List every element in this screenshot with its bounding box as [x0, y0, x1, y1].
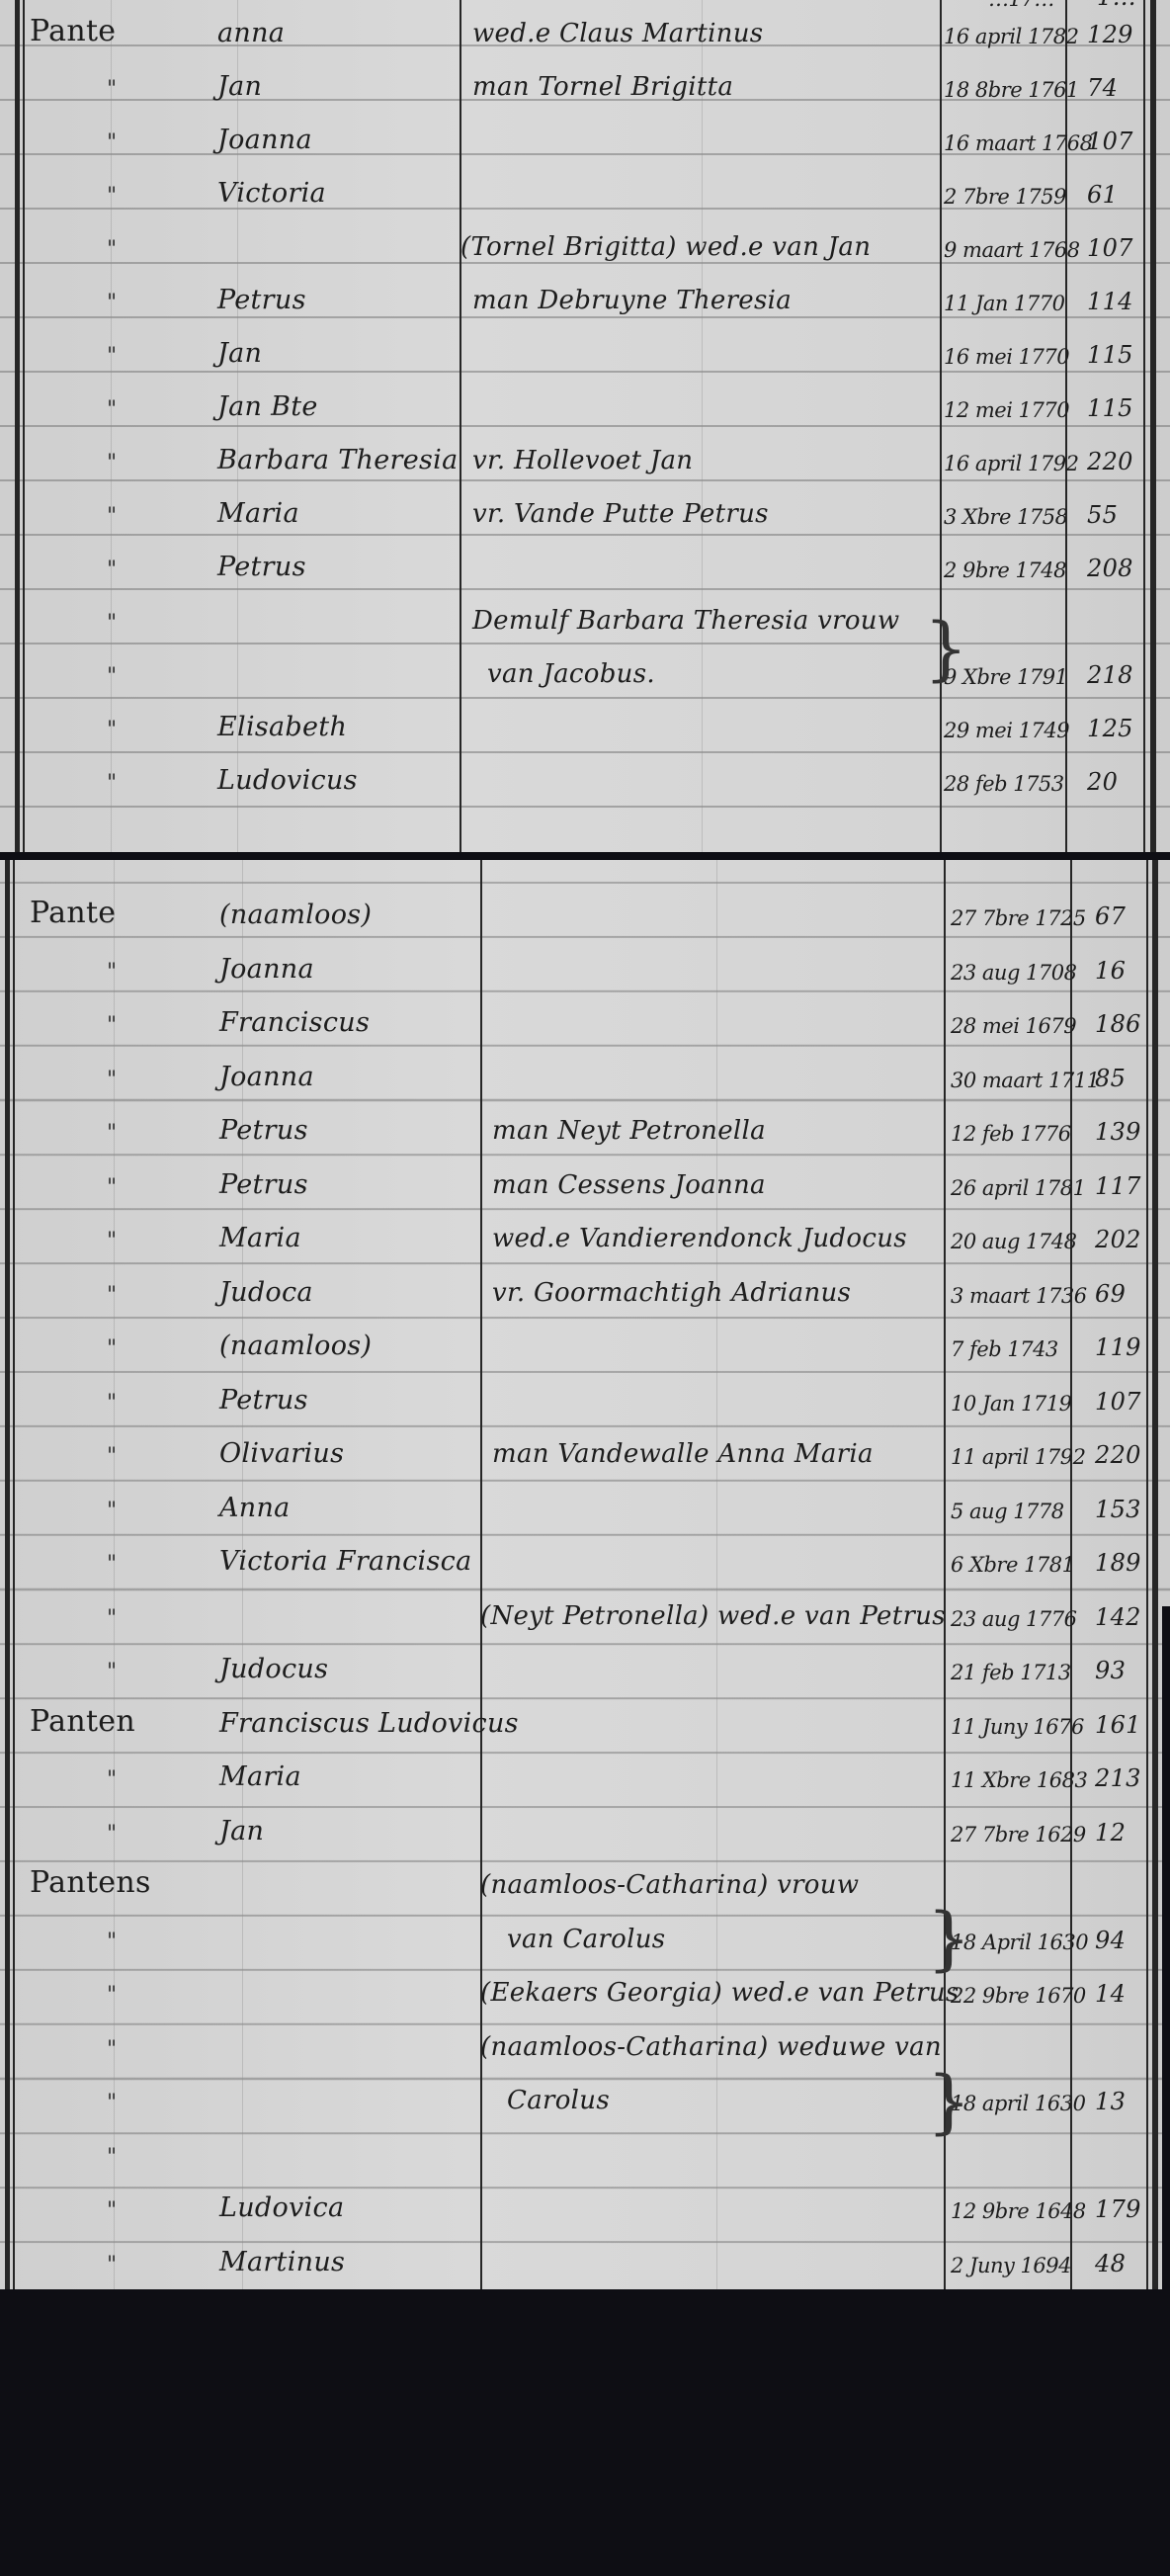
ditto-mark: ": [107, 344, 117, 369]
ditto-mark: ": [107, 771, 117, 796]
table-row: " Judocus 21 feb 1713 93: [0, 1636, 1170, 1690]
remark-cell: (Tornel Brigitta) wed.e van Jan: [460, 232, 871, 262]
number-cell: 213: [1095, 1764, 1141, 1792]
given-name-cell: Ludovica: [219, 2192, 344, 2223]
date-cell: 16 april 1792: [944, 452, 1078, 475]
date-cell: 3 maart 1736: [951, 1284, 1087, 1308]
ditto-mark: ": [107, 1552, 117, 1577]
ditto-mark: ": [107, 1175, 117, 1200]
scan-edge-shadow: [1162, 1606, 1170, 2289]
number-cell: 119: [1095, 1333, 1141, 1361]
number-cell: 220: [1095, 1441, 1141, 1469]
table-row: Pantens (naamloos-Catharina) vrouw: [0, 1851, 1170, 1906]
number-cell: 61: [1087, 181, 1118, 209]
date-cell: 2 Juny 1694: [951, 2254, 1071, 2277]
remark-cell: Demulf Barbara Theresia vrouw: [472, 606, 899, 636]
number-cell: 16: [1095, 957, 1126, 985]
number-cell: 208: [1087, 555, 1133, 582]
ditto-mark: ": [107, 558, 117, 582]
number-cell: 179: [1095, 2195, 1141, 2223]
number-cell: 13: [1095, 2088, 1126, 2115]
remark-cell: man Cessens Joanna: [492, 1170, 766, 1200]
table-row: " Petrus 10 Jan 1719 107: [0, 1367, 1170, 1421]
date-cell: 28 mei 1679: [951, 1014, 1076, 1038]
table-row: " Petrus man Cessens Joanna 26 april 178…: [0, 1152, 1170, 1206]
date-cell: 3 Xbre 1758: [944, 505, 1068, 529]
table-row: " Elisabeth 29 mei 1749 125: [0, 694, 1170, 748]
ditto-mark: ": [107, 130, 117, 155]
remark-cell: wed.e Vandierendonck Judocus: [492, 1224, 907, 1253]
number-cell: 107: [1095, 1388, 1141, 1416]
date-cell: 28 feb 1753: [944, 772, 1064, 796]
date-cell: 18 April 1630: [951, 1931, 1088, 1954]
given-name-cell: Jan: [219, 1816, 264, 1846]
remark-cell: vr. Vande Putte Petrus: [472, 499, 769, 529]
remark-cell: (naamloos-Catharina) vrouw: [480, 1870, 859, 1900]
remark-cell: (Neyt Petronella) wed.e van Petrus: [480, 1601, 946, 1631]
ditto-mark: ": [107, 1444, 117, 1469]
remark-cell: wed.e Claus Martinus: [472, 19, 763, 48]
given-name-cell: Joanna: [219, 954, 314, 985]
date-cell: 12 mei 1770: [944, 398, 1069, 422]
date-cell: 12 feb 1776: [951, 1122, 1071, 1146]
number-cell: 202: [1095, 1226, 1141, 1253]
ditto-mark: ": [107, 504, 117, 529]
given-name-cell: Jan Bte: [217, 391, 318, 422]
date-cell: 16 mei 1770: [944, 345, 1069, 369]
number-cell: 161: [1095, 1711, 1141, 1739]
given-name-cell: Victoria Francisca: [219, 1546, 471, 1577]
surname-cell: Pantens: [30, 1865, 151, 1900]
given-name-cell: Barbara Theresia: [217, 445, 458, 475]
ditto-mark: ": [107, 1767, 117, 1792]
given-name-cell: Joanna: [217, 125, 312, 155]
remark-cell: (Eekaers Georgia) wed.e van Petrus: [480, 1978, 960, 2008]
table-row: " Victoria 2 7bre 1759 61: [0, 160, 1170, 215]
number-cell: 218: [1087, 661, 1133, 689]
date-cell: 22 9bre 1670: [951, 1984, 1086, 2008]
table-row: " Demulf Barbara Theresia vrouw: [0, 587, 1170, 642]
table-row: " Petrus man Debruyne Theresia 11 Jan 17…: [0, 267, 1170, 321]
table-row: " Jan 27 7bre 1629 12: [0, 1798, 1170, 1852]
ditto-mark: ": [107, 2037, 117, 2062]
ditto-mark: ": [107, 1336, 117, 1361]
date-cell: 10 Jan 1719: [951, 1392, 1071, 1416]
surname-cell: Pante: [30, 896, 116, 930]
ditto-mark: ": [107, 1499, 117, 1523]
table-row: " Martinus 2 Juny 1694 48: [0, 2229, 1170, 2283]
remark-cell: man Tornel Brigitta: [472, 72, 733, 102]
ditto-mark: ": [107, 237, 117, 262]
number-cell: 94: [1095, 1927, 1126, 1954]
date-cell: 23 aug 1776: [951, 1607, 1077, 1631]
number-cell: 220: [1087, 448, 1133, 475]
given-name-cell: Judocus: [219, 1654, 328, 1684]
remark-cell: vr. Hollevoet Jan: [472, 446, 693, 475]
ditto-mark: ": [107, 718, 117, 742]
date-cell: 11 Juny 1676: [951, 1715, 1084, 1739]
ditto-mark: ": [107, 1930, 117, 1954]
given-name-cell: Franciscus Ludovicus: [219, 1708, 519, 1739]
remark-cell: man Neyt Petronella: [492, 1116, 766, 1146]
number-cell: 107: [1087, 128, 1133, 155]
number-cell: 93: [1095, 1657, 1126, 1684]
number-cell: 85: [1095, 1065, 1126, 1092]
given-name-cell: anna: [217, 18, 285, 48]
given-name-cell: Petrus: [217, 552, 306, 582]
ditto-mark: ": [107, 2145, 117, 2170]
table-row: " Barbara Theresia vr. Hollevoet Jan 16 …: [0, 427, 1170, 481]
table-row: ": [0, 2121, 1170, 2176]
ditto-mark: ": [107, 77, 117, 102]
brace-bracket: }: [927, 1898, 971, 1979]
given-name-cell: Judoca: [219, 1277, 313, 1308]
number-cell: 115: [1087, 394, 1133, 422]
table-row: " (naamloos) 7 feb 1743 119: [0, 1313, 1170, 1367]
ditto-mark: ": [107, 451, 117, 475]
date-cell: 27 7bre 1725: [951, 906, 1086, 930]
date-cell: 2 9bre 1748: [944, 558, 1066, 582]
ditto-mark: ": [107, 1013, 117, 1038]
number-cell: 12: [1095, 1819, 1126, 1846]
number-cell: 69: [1095, 1280, 1126, 1308]
table-row: " Joanna 30 maart 1711 85: [0, 1044, 1170, 1098]
table-row: " Anna 5 aug 1778 153: [0, 1475, 1170, 1529]
table-row: Pante anna wed.e Claus Martinus 16 april…: [0, 0, 1170, 54]
table-row: " (naamloos-Catharina) weduwe van: [0, 2014, 1170, 2068]
date-cell: 6 Xbre 1781: [951, 1553, 1075, 1577]
ditto-mark: ": [107, 1229, 117, 1253]
ditto-mark: ": [107, 397, 117, 422]
ditto-mark: ": [107, 291, 117, 315]
number-cell: 67: [1095, 902, 1126, 930]
brace-bracket: }: [927, 2061, 971, 2142]
given-name-cell: Maria: [217, 498, 299, 529]
given-name-cell: Petrus: [219, 1385, 308, 1416]
remark-cell: man Vandewalle Anna Maria: [492, 1439, 874, 1469]
date-cell: 27 7bre 1629: [951, 1823, 1086, 1846]
ditto-mark: ": [107, 1068, 117, 1092]
date-cell: 29 mei 1749: [944, 719, 1069, 742]
table-row: " Petrus 2 9bre 1748 208: [0, 534, 1170, 588]
ditto-mark: ": [107, 1660, 117, 1684]
given-name-cell: Elisabeth: [217, 712, 347, 742]
table-row: " Franciscus 28 mei 1679 186: [0, 989, 1170, 1044]
number-cell: 117: [1095, 1172, 1141, 1200]
number-cell: 139: [1095, 1118, 1141, 1146]
number-cell: 74: [1087, 74, 1118, 102]
number-cell: 20: [1087, 768, 1118, 796]
table-row: " Judoca vr. Goormachtigh Adrianus 3 maa…: [0, 1259, 1170, 1314]
table-row: " Ludovicus 28 feb 1753 20: [0, 747, 1170, 802]
number-cell: 142: [1095, 1603, 1141, 1631]
date-cell: 12 9bre 1648: [951, 2199, 1086, 2223]
table-row: " Joanna 16 maart 1768 107: [0, 107, 1170, 161]
ditto-mark: ": [107, 1391, 117, 1416]
ditto-mark: ": [107, 1822, 117, 1846]
number-cell: 186: [1095, 1010, 1141, 1038]
date-cell: 16 maart 1768: [944, 131, 1092, 155]
remark-cell: (naamloos-Catharina) weduwe van: [480, 2032, 942, 2062]
given-name-cell: Petrus: [219, 1169, 308, 1200]
table-row: " Carolus 18 april 1630 13: [0, 2067, 1170, 2121]
date-cell: 11 Jan 1770: [944, 292, 1064, 315]
table-row: " Victoria Francisca 6 Xbre 1781 189: [0, 1528, 1170, 1583]
given-name-cell: Maria: [219, 1761, 301, 1792]
remark-cell: van Carolus: [507, 1925, 665, 1954]
number-cell: 107: [1087, 234, 1133, 262]
ditto-mark: ": [107, 1121, 117, 1146]
date-cell: 23 aug 1708: [951, 961, 1077, 985]
number-cell: 115: [1087, 341, 1133, 369]
date-cell: 20 aug 1748: [951, 1230, 1077, 1253]
number-cell: 189: [1095, 1549, 1141, 1577]
surname-cell: Pante: [30, 14, 116, 48]
table-row: " (Eekaers Georgia) wed.e van Petrus 22 …: [0, 1959, 1170, 2014]
table-row: " Maria 11 Xbre 1683 213: [0, 1744, 1170, 1798]
ditto-mark: ": [107, 184, 117, 209]
given-name-cell: (naamloos): [219, 1331, 372, 1361]
table-row: " Maria wed.e Vandierendonck Judocus 20 …: [0, 1205, 1170, 1259]
date-cell: 9 maart 1768: [944, 238, 1080, 262]
ditto-mark: ": [107, 2091, 117, 2115]
table-row: " Joanna 23 aug 1708 16: [0, 936, 1170, 990]
date-cell: 5 aug 1778: [951, 1500, 1064, 1523]
ditto-mark: ": [107, 2198, 117, 2223]
ditto-mark: ": [107, 1606, 117, 1631]
date-cell: 7 feb 1743: [951, 1337, 1058, 1361]
number-cell: 153: [1095, 1496, 1141, 1523]
ditto-mark: ": [107, 1283, 117, 1308]
table-row: " Jan 16 mei 1770 115: [0, 320, 1170, 375]
remark-cell: vr. Goormachtigh Adrianus: [492, 1278, 851, 1308]
given-name-cell: Jan: [217, 338, 262, 369]
number-cell: 125: [1087, 715, 1133, 742]
date-cell: 11 Xbre 1683: [951, 1768, 1087, 1792]
remark-cell: Carolus: [507, 2086, 610, 2115]
date-cell: 26 april 1781: [951, 1176, 1085, 1200]
given-name-cell: Martinus: [219, 2247, 345, 2277]
ditto-mark: ": [107, 1983, 117, 2008]
number-cell: 114: [1087, 288, 1133, 315]
page-divider: [0, 852, 1170, 860]
surname-cell: Panten: [30, 1704, 135, 1739]
table-row: Pante (naamloos) 27 7bre 1725 67: [0, 882, 1170, 936]
table-row: " Petrus man Neyt Petronella 12 feb 1776…: [0, 1097, 1170, 1152]
given-name-cell: Maria: [219, 1223, 301, 1253]
ditto-mark: ": [107, 664, 117, 689]
given-name-cell: (naamloos): [219, 900, 372, 930]
date-cell: 2 7bre 1759: [944, 185, 1066, 209]
table-row: " van Carolus 18 April 1630 94: [0, 1906, 1170, 1960]
given-name-cell: Joanna: [219, 1062, 314, 1092]
register-page-2: Pante (naamloos) 27 7bre 1725 67 " Joann…: [0, 860, 1170, 2289]
ditto-mark: ": [107, 611, 117, 636]
table-row: " (Neyt Petronella) wed.e van Petrus 23 …: [0, 1583, 1170, 1637]
register-page-1: …17… 1… Pante anna wed.e Claus Martinus …: [0, 0, 1170, 852]
table-row: " Ludovica 12 9bre 1648 179: [0, 2175, 1170, 2229]
brace-bracket: }: [924, 608, 968, 689]
given-name-cell: Olivarius: [219, 1438, 344, 1469]
remark-cell: van Jacobus.: [487, 659, 655, 689]
number-cell: 129: [1087, 21, 1133, 48]
table-row: " (Tornel Brigitta) wed.e van Jan 9 maar…: [0, 214, 1170, 268]
table-row: " Jan Bte 12 mei 1770 115: [0, 374, 1170, 428]
given-name-cell: Petrus: [219, 1115, 308, 1146]
date-cell: 18 8bre 1761: [944, 78, 1079, 102]
remark-cell: man Debruyne Theresia: [472, 286, 792, 315]
number-cell: 55: [1087, 501, 1118, 529]
number-cell: 48: [1095, 2250, 1126, 2277]
table-row: " Maria vr. Vande Putte Petrus 3 Xbre 17…: [0, 480, 1170, 535]
ditto-mark: ": [107, 2253, 117, 2277]
date-cell: 30 maart 1711: [951, 1069, 1099, 1092]
number-cell: 14: [1095, 1980, 1126, 2008]
given-name-cell: Ludovicus: [217, 765, 358, 796]
given-name-cell: Victoria: [217, 178, 326, 209]
table-row: " Jan man Tornel Brigitta 18 8bre 1761 7…: [0, 53, 1170, 108]
scan-background: [0, 2289, 1170, 2576]
table-row: " Olivarius man Vandewalle Anna Maria 11…: [0, 1420, 1170, 1475]
date-cell: 16 april 1782: [944, 25, 1078, 48]
ditto-mark: ": [107, 960, 117, 985]
date-cell: 21 feb 1713: [951, 1661, 1071, 1684]
given-name-cell: Anna: [219, 1493, 291, 1523]
date-cell: 11 april 1792: [951, 1445, 1085, 1469]
table-row: Panten Franciscus Ludovicus 11 Juny 1676…: [0, 1690, 1170, 1745]
table-row: " van Jacobus. 9 Xbre 1791 218: [0, 641, 1170, 695]
given-name-cell: Petrus: [217, 285, 306, 315]
given-name-cell: Franciscus: [219, 1007, 370, 1038]
given-name-cell: Jan: [217, 71, 262, 102]
